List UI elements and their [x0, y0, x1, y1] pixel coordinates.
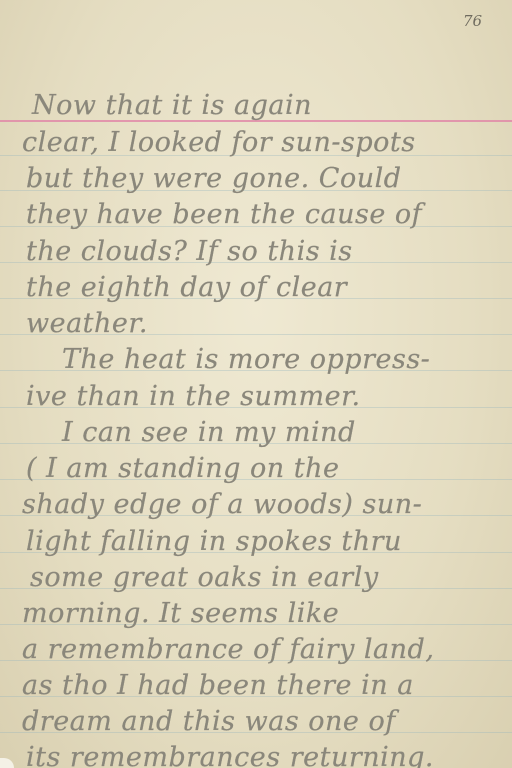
text-line: clear, I looked for sun-spots — [22, 127, 416, 158]
text-line: its remembrances returning. — [26, 742, 434, 768]
text-line: they have been the cause of — [26, 199, 422, 230]
text-line: weather. — [26, 308, 148, 339]
notebook-page: 76 Now that it is againclear, I looked f… — [0, 0, 512, 768]
text-line: morning. It seems like — [22, 598, 339, 629]
text-line: the eighth day of clear — [26, 272, 347, 303]
text-line: light falling in spokes thru — [26, 526, 402, 557]
text-line: but they were gone. Could — [26, 163, 402, 194]
text-line: The heat is more oppress- — [62, 344, 430, 375]
page-number: 76 — [463, 12, 482, 30]
text-line: as tho I had been there in a — [22, 670, 414, 701]
text-line: the clouds? If so this is — [26, 236, 353, 267]
text-line: I can see in my mind — [62, 417, 356, 448]
text-line: Now that it is again — [32, 90, 312, 121]
text-line: some great oaks in early — [30, 562, 379, 593]
text-line: ive than in the summer. — [26, 381, 361, 412]
text-line: a remembrance of fairy land, — [22, 634, 434, 665]
text-line: dream and this was one of — [22, 706, 396, 737]
page-corner — [0, 758, 14, 768]
text-line: ( I am standing on the — [26, 453, 339, 484]
text-line: shady edge of a woods) sun- — [22, 489, 422, 520]
